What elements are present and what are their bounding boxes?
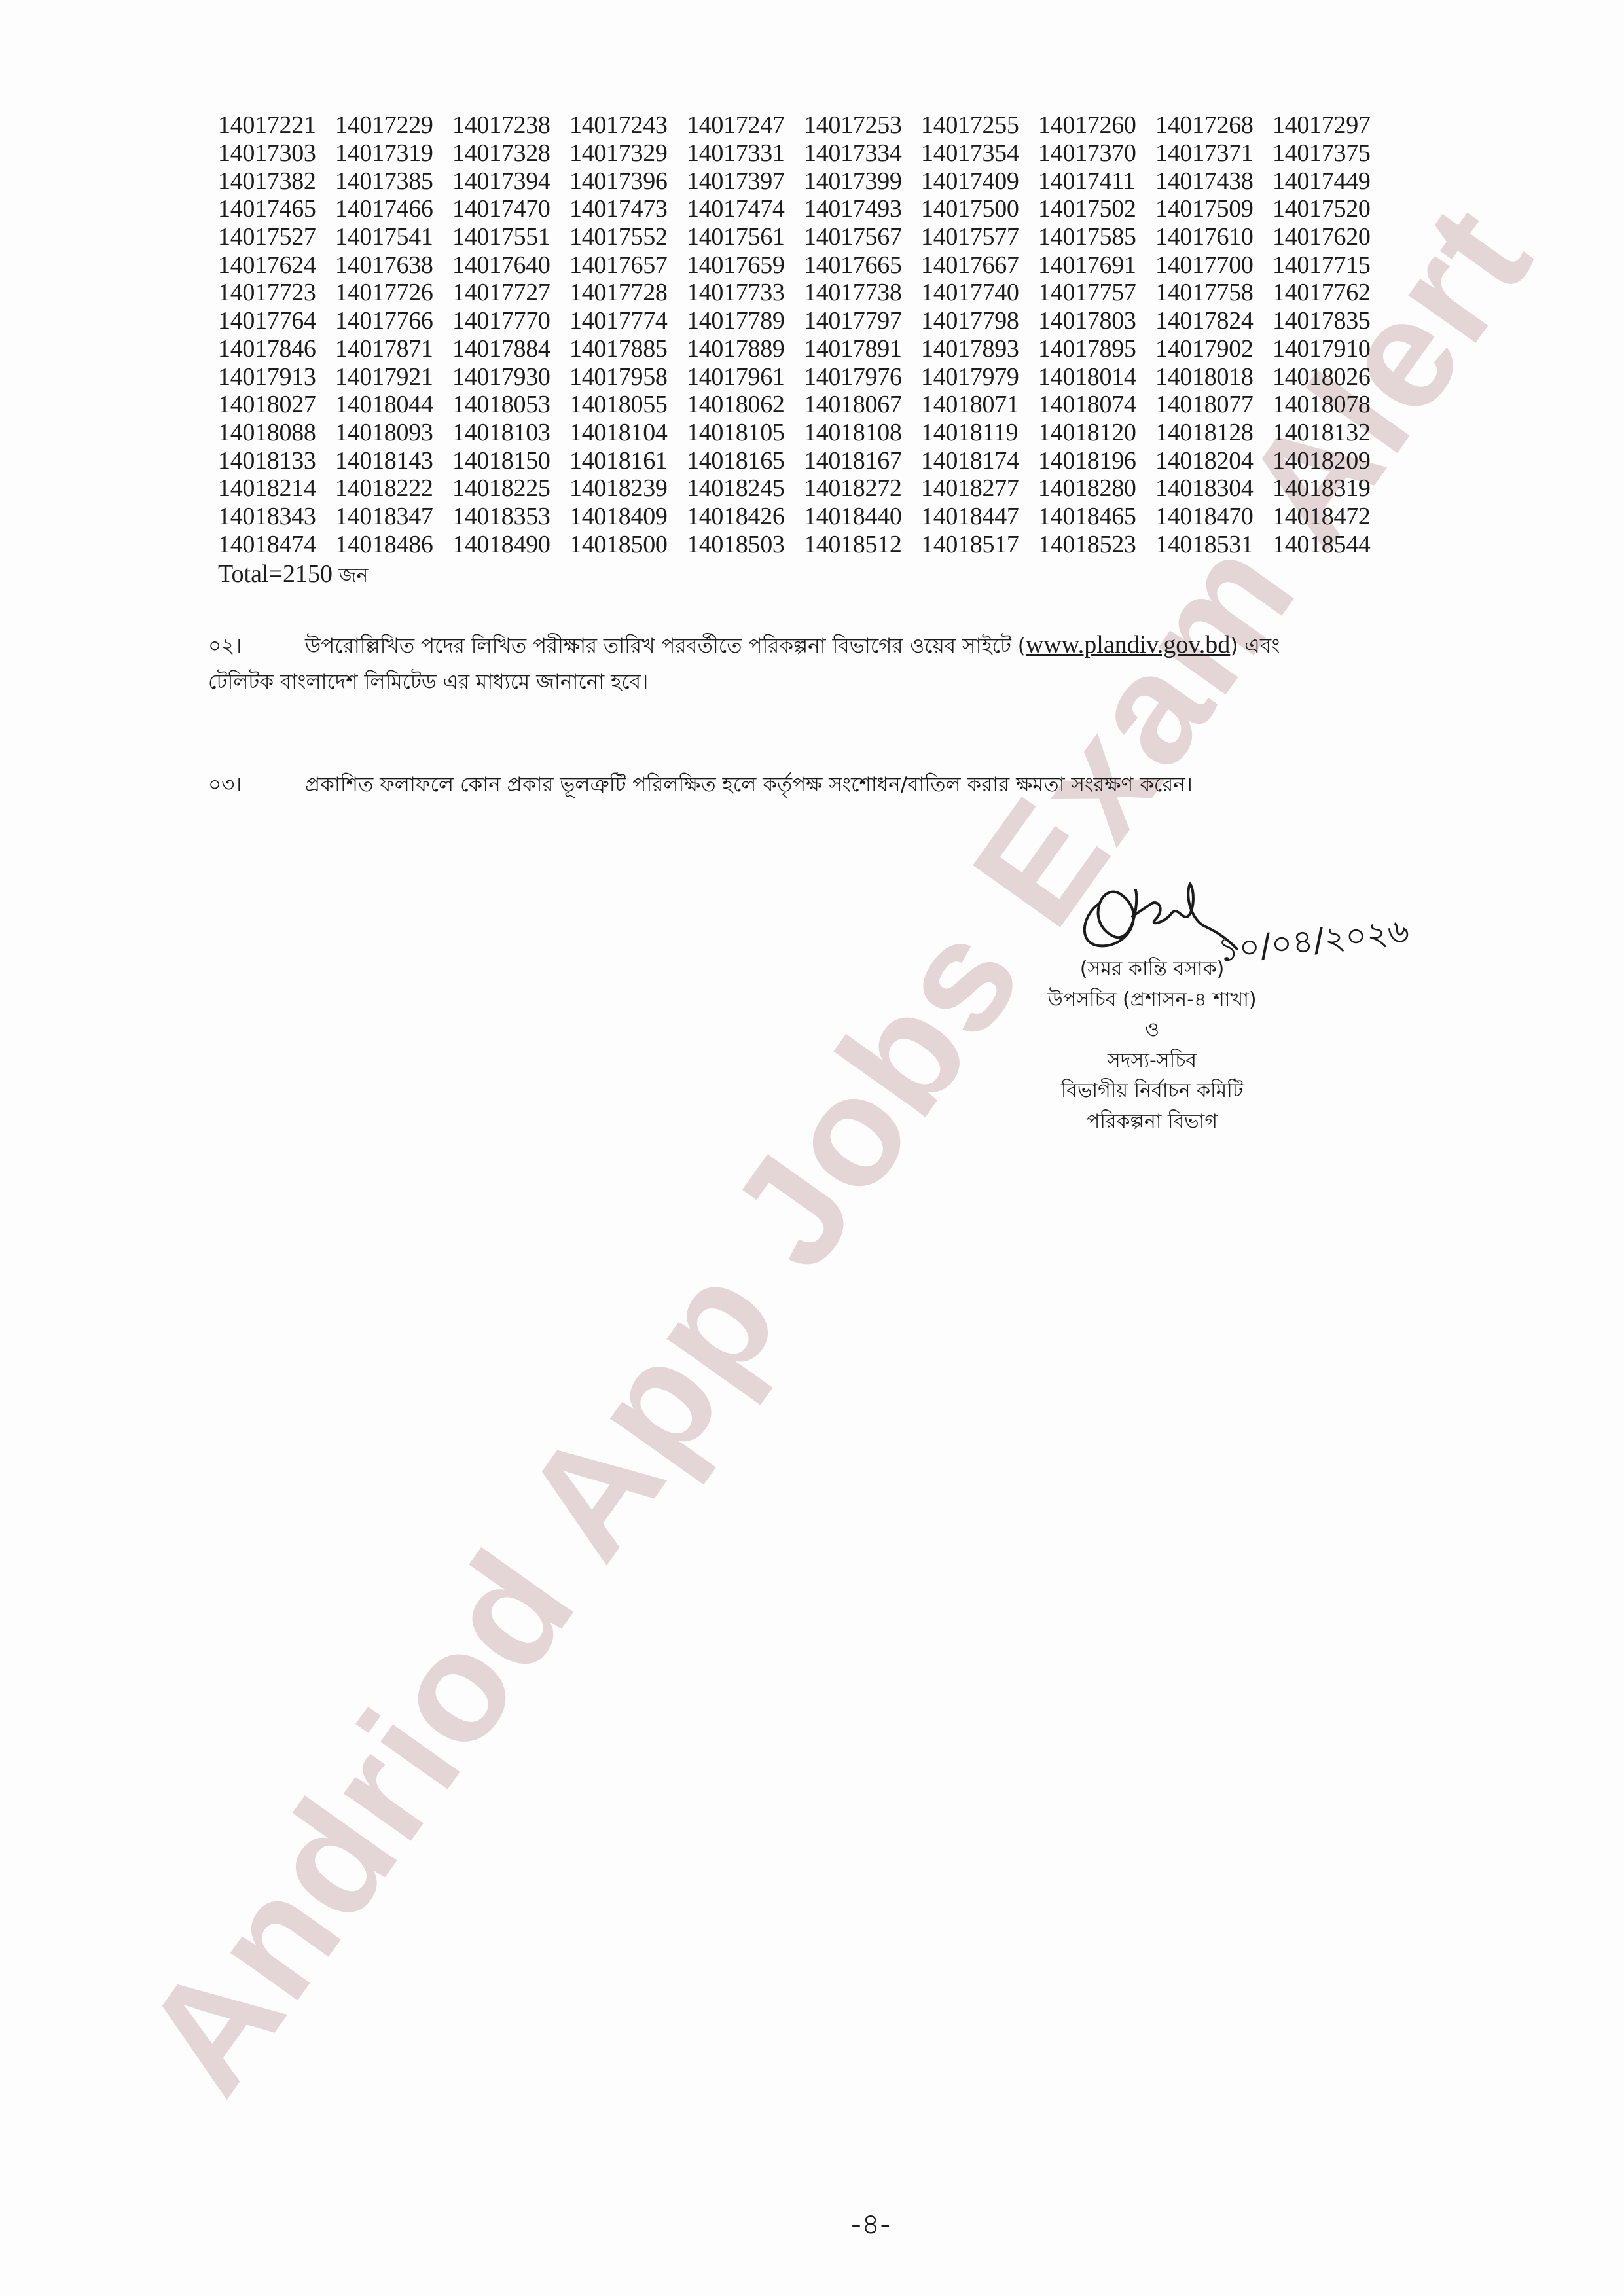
roll-number: 14017902 (1155, 335, 1272, 363)
roll-number: 14017803 (1038, 307, 1155, 334)
roll-number: 14017238 (452, 111, 569, 139)
roll-number: 14018067 (804, 391, 921, 418)
roll-number: 14017738 (804, 279, 921, 306)
roll-number: 14017509 (1155, 195, 1272, 223)
roll-number: 14017958 (569, 363, 687, 391)
roll-number: 14017891 (804, 335, 921, 363)
roll-number: 14017474 (687, 195, 804, 223)
roll-number: 14017961 (687, 363, 804, 391)
roll-number: 14017921 (335, 363, 452, 391)
roll-number: 14018490 (452, 531, 569, 558)
roll-number: 14018272 (804, 475, 921, 502)
roll-number: 14017889 (687, 335, 804, 363)
roll-number: 14018161 (569, 447, 687, 475)
roll-number: 14018474 (218, 531, 335, 558)
roll-number: 14017700 (1155, 251, 1272, 279)
roll-number: 14017824 (1155, 307, 1272, 334)
page-number: -৪- (851, 2202, 890, 2250)
roll-number: 14018500 (569, 531, 687, 558)
roll-number: 14017449 (1272, 168, 1390, 195)
table-row: 1401752714017541140175511401755214017561… (218, 223, 1390, 251)
roll-number: 14017846 (218, 335, 335, 363)
table-row: 1401813314018143140181501401816114018165… (218, 446, 1390, 475)
roll-number: 14017620 (1272, 223, 1390, 251)
roll-number: 14018053 (452, 391, 569, 418)
roll-number: 14017470 (452, 195, 569, 223)
roll-number: 14018544 (1272, 531, 1390, 558)
roll-number: 14018108 (804, 419, 921, 446)
roll-number: 14018304 (1155, 475, 1272, 502)
roll-number: 14017585 (1038, 223, 1155, 251)
signatory-name: (সমর কান্তি বসাক) (956, 954, 1348, 985)
roll-number: 14017375 (1272, 139, 1390, 167)
table-row: 1401746514017466140174701401747314017474… (218, 195, 1390, 223)
roll-number: 14018209 (1272, 447, 1390, 475)
signatory-designation: উপসচিব (প্রশাসন-৪ শাখা) (956, 985, 1348, 1016)
roll-number: 14018280 (1038, 475, 1155, 502)
roll-number: 14017243 (569, 111, 687, 139)
paragraph-number: ০২। (208, 630, 242, 664)
roll-number: 14017726 (335, 279, 452, 306)
roll-number: 14017715 (1272, 251, 1390, 279)
roll-number: 14018055 (569, 391, 687, 418)
roll-number: 14018277 (921, 475, 1038, 502)
roll-number: 14017221 (218, 111, 335, 139)
roll-number: 14017691 (1038, 251, 1155, 279)
roll-number: 14017561 (687, 223, 804, 251)
roll-number: 14017260 (1038, 111, 1155, 139)
roll-number-table: 1401722114017229140172381401724314017247… (218, 111, 1390, 558)
roll-number: 14017657 (569, 251, 687, 279)
roll-number: 14018440 (804, 503, 921, 530)
roll-number: 14018078 (1272, 391, 1390, 418)
roll-number: 14017466 (335, 195, 452, 223)
roll-number: 14017411 (1038, 168, 1155, 195)
roll-number: 14017638 (335, 251, 452, 279)
roll-number: 14018512 (804, 531, 921, 558)
roll-number: 14017334 (804, 139, 921, 167)
table-row: 1401821414018222140182251401823914018245… (218, 475, 1390, 503)
roll-number: 14018245 (687, 475, 804, 502)
roll-number: 14018204 (1155, 447, 1272, 475)
roll-number: 14017723 (218, 279, 335, 306)
roll-number: 14017438 (1155, 168, 1272, 195)
roll-number: 14018472 (1272, 503, 1390, 530)
roll-number: 14017253 (804, 111, 921, 139)
table-row: 1401776414017766140177701401777414017789… (218, 307, 1390, 335)
roll-number: 14017247 (687, 111, 804, 139)
paragraph-line: উপরোল্লিখিত পদের লিখিত পরীক্ষার তারিখ পর… (305, 630, 1280, 664)
signatory-committee: বিভাগীয় নির্বাচন কমিটি (956, 1076, 1348, 1107)
roll-number: 14018088 (218, 419, 335, 446)
table-row: 1401784614017871140178841401788514017889… (218, 335, 1390, 363)
roll-number: 14017397 (687, 168, 804, 195)
roll-number: 14018503 (687, 531, 804, 558)
roll-number: 14017659 (687, 251, 804, 279)
roll-number: 14017871 (335, 335, 452, 363)
table-row: 1401847414018486140184901401850014018503… (218, 530, 1390, 558)
roll-number: 14018044 (335, 391, 452, 418)
roll-number: 14018347 (335, 503, 452, 530)
roll-number: 14017913 (218, 363, 335, 391)
total-unit: জন (338, 564, 368, 587)
roll-number: 14017766 (335, 307, 452, 334)
roll-number: 14017520 (1272, 195, 1390, 223)
roll-number: 14017502 (1038, 195, 1155, 223)
roll-number: 14017541 (335, 223, 452, 251)
roll-number: 14018093 (335, 419, 452, 446)
roll-number: 14017893 (921, 335, 1038, 363)
roll-number: 14018222 (335, 475, 452, 502)
roll-number: 14017319 (335, 139, 452, 167)
roll-number: 14017895 (1038, 335, 1155, 363)
paragraph-text: ) এবং (1230, 634, 1280, 658)
table-row: 1401808814018093140181031401810414018105… (218, 419, 1390, 447)
roll-number: 14017229 (335, 111, 452, 139)
roll-number: 14018150 (452, 447, 569, 475)
table-row: 1401738214017385140173941401739614017397… (218, 167, 1390, 195)
roll-number: 14018119 (921, 419, 1038, 446)
roll-number: 14017762 (1272, 279, 1390, 306)
roll-number: 14017758 (1155, 279, 1272, 306)
roll-number: 14018026 (1272, 363, 1390, 391)
roll-number: 14017728 (569, 279, 687, 306)
roll-number: 14017835 (1272, 307, 1390, 334)
roll-number: 14018196 (1038, 447, 1155, 475)
roll-number: 14017640 (452, 251, 569, 279)
roll-number: 14018062 (687, 391, 804, 418)
roll-number: 14018132 (1272, 419, 1390, 446)
roll-number: 14017409 (921, 168, 1038, 195)
roll-number: 14018128 (1155, 419, 1272, 446)
roll-number: 14017665 (804, 251, 921, 279)
roll-number: 14017667 (921, 251, 1038, 279)
roll-number: 14017552 (569, 223, 687, 251)
table-row: 1401791314017921140179301401795814017961… (218, 363, 1390, 391)
roll-number: 14018470 (1155, 503, 1272, 530)
roll-number: 14017976 (804, 363, 921, 391)
roll-number: 14017798 (921, 307, 1038, 334)
paragraph-text: প্রকাশিত ফলাফলে কোন প্রকার ভূলত্রুটি পরি… (305, 769, 1193, 803)
roll-number: 14017797 (804, 307, 921, 334)
roll-number: 14017885 (569, 335, 687, 363)
roll-number: 14018104 (569, 419, 687, 446)
roll-number: 14017577 (921, 223, 1038, 251)
roll-number: 14018531 (1155, 531, 1272, 558)
roll-number: 14017371 (1155, 139, 1272, 167)
roll-number: 14017740 (921, 279, 1038, 306)
roll-number: 14018353 (452, 503, 569, 530)
roll-number: 14018319 (1272, 475, 1390, 502)
signatory-block: (সমর কান্তি বসাক) উপসচিব (প্রশাসন-৪ শাখা… (956, 954, 1348, 1137)
roll-number: 14017354 (921, 139, 1038, 167)
roll-number: 14018018 (1155, 363, 1272, 391)
signatory-conjunction: ও (956, 1015, 1348, 1046)
roll-number: 14018103 (452, 419, 569, 446)
roll-number: 14018120 (1038, 419, 1155, 446)
roll-number: 14017774 (569, 307, 687, 334)
roll-number: 14017910 (1272, 335, 1390, 363)
table-row: 1401762414017638140176401401765714017659… (218, 251, 1390, 279)
roll-number: 14017551 (452, 223, 569, 251)
roll-number: 14017567 (804, 223, 921, 251)
roll-number: 14018486 (335, 531, 452, 558)
roll-number: 14018027 (218, 391, 335, 418)
roll-number: 14018165 (687, 447, 804, 475)
roll-number: 14017930 (452, 363, 569, 391)
roll-number: 14018447 (921, 503, 1038, 530)
table-row: 1401772314017726140177271401772814017733… (218, 279, 1390, 307)
roll-number: 14018239 (569, 475, 687, 502)
roll-number: 14018517 (921, 531, 1038, 558)
table-row: 1401722114017229140172381401724314017247… (218, 111, 1390, 139)
roll-number: 14017500 (921, 195, 1038, 223)
roll-number: 14018409 (569, 503, 687, 530)
roll-number: 14017331 (687, 139, 804, 167)
roll-number: 14018143 (335, 447, 452, 475)
table-row: 1401834314018347140183531401840914018426… (218, 503, 1390, 531)
roll-number: 14017473 (569, 195, 687, 223)
roll-number: 14018174 (921, 447, 1038, 475)
roll-number: 14018343 (218, 503, 335, 530)
roll-number: 14017396 (569, 168, 687, 195)
paragraph-number: ০৩। (208, 769, 242, 803)
roll-number: 14017527 (218, 223, 335, 251)
table-row: 1401730314017319140173281401732914017331… (218, 139, 1390, 168)
roll-number: 14017399 (804, 168, 921, 195)
roll-number: 14017764 (218, 307, 335, 334)
roll-number: 14017727 (452, 279, 569, 306)
roll-number: 14017733 (687, 279, 804, 306)
roll-number: 14017328 (452, 139, 569, 167)
roll-number: 14017370 (1038, 139, 1155, 167)
paragraph-line: টেলিটক বাংলাদেশ লিমিটেড এর মাধ্যমে জানান… (208, 666, 648, 700)
roll-number: 14018225 (452, 475, 569, 502)
table-row: 1401802714018044140180531401805514018062… (218, 391, 1390, 419)
total-count: Total=2150 জন (218, 560, 368, 593)
roll-number: 14017465 (218, 195, 335, 223)
roll-number: 14017385 (335, 168, 452, 195)
paragraph-text: উপরোল্লিখিত পদের লিখিত পরীক্ষার তারিখ পর… (305, 634, 1026, 658)
roll-number: 14018074 (1038, 391, 1155, 418)
document-page: Andriod App Jobs Exam Alert 140172211401… (0, 0, 1624, 2296)
signatory-role: সদস্য-সচিব (956, 1046, 1348, 1077)
roll-number: 14018214 (218, 475, 335, 502)
roll-number: 14018077 (1155, 391, 1272, 418)
roll-number: 14017382 (218, 168, 335, 195)
signatory-division: পরিকল্পনা বিভাগ (956, 1107, 1348, 1138)
roll-number: 14017297 (1272, 111, 1390, 139)
roll-number: 14017268 (1155, 111, 1272, 139)
roll-number: 14017789 (687, 307, 804, 334)
roll-number: 14017329 (569, 139, 687, 167)
roll-number: 14018071 (921, 391, 1038, 418)
roll-number: 14017610 (1155, 223, 1272, 251)
roll-number: 14017303 (218, 139, 335, 167)
roll-number: 14018426 (687, 503, 804, 530)
roll-number: 14018014 (1038, 363, 1155, 391)
roll-number: 14018105 (687, 419, 804, 446)
roll-number: 14017624 (218, 251, 335, 279)
roll-number: 14017255 (921, 111, 1038, 139)
total-label: Total=2150 (218, 560, 333, 588)
roll-number: 14017394 (452, 168, 569, 195)
roll-number: 14017884 (452, 335, 569, 363)
roll-number: 14017979 (921, 363, 1038, 391)
roll-number: 14018133 (218, 447, 335, 475)
roll-number: 14018167 (804, 447, 921, 475)
roll-number: 14017493 (804, 195, 921, 223)
roll-number: 14018523 (1038, 531, 1155, 558)
roll-number: 14018465 (1038, 503, 1155, 530)
roll-number: 14017770 (452, 307, 569, 334)
website-link[interactable]: www.plandiv.gov.bd (1026, 631, 1230, 658)
roll-number: 14017757 (1038, 279, 1155, 306)
